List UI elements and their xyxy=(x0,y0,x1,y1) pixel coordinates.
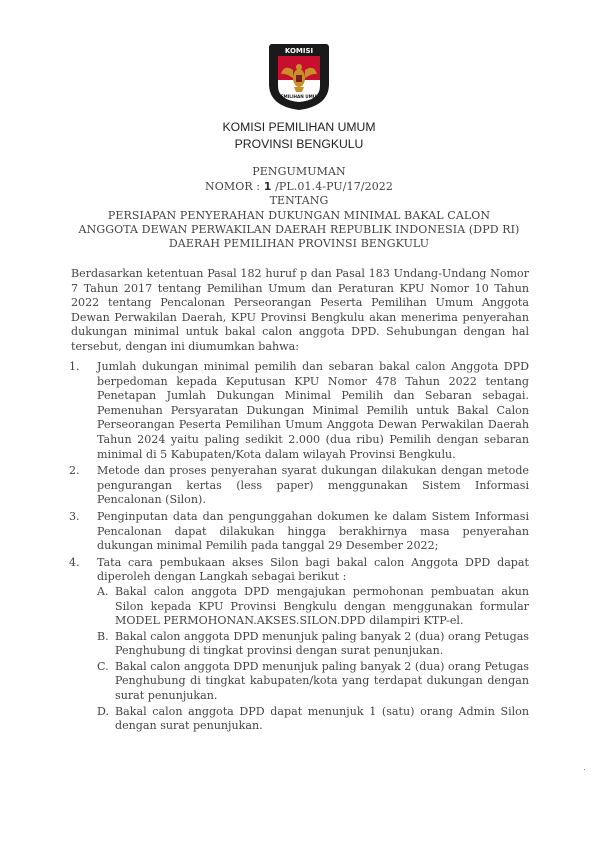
sub-item-text: Bakal calon anggota DPD menunjuk paling … xyxy=(115,660,529,702)
list-item-text: Jumlah dukungan minimal pemilih dan seba… xyxy=(97,360,529,461)
sub-list-item: B. Bakal calon anggota DPD menunjuk pali… xyxy=(97,630,529,659)
list-item: 1. Jumlah dukungan minimal pemilih dan s… xyxy=(71,360,529,462)
sub-item-letter: B. xyxy=(97,630,109,645)
sub-item-text: Bakal calon anggota DPD mengajukan permo… xyxy=(115,585,529,627)
list-item-number: 3. xyxy=(69,510,80,525)
list-item-text: Metode dan proses penyerahan syarat duku… xyxy=(97,464,529,506)
announcement-list: 1. Jumlah dukungan minimal pemilih dan s… xyxy=(71,360,529,736)
list-item: 4. Tata cara pembukaan akses Silon bagi … xyxy=(71,556,529,734)
logo-bottom-text: PEMILIHAN UMUM xyxy=(278,94,321,99)
doc-number: NOMOR : 1 /PL.01.4-PU/17/2022 xyxy=(0,180,598,193)
org-name: KOMISI PEMILIHAN UMUM xyxy=(0,120,598,134)
doc-type: PENGUMUMAN xyxy=(0,165,598,178)
list-item: 3. Penginputan data dan pengunggahan dok… xyxy=(71,510,529,554)
sub-item-letter: D. xyxy=(97,705,109,720)
sub-item-letter: C. xyxy=(97,660,109,675)
nomor-number: 1 xyxy=(264,180,272,193)
sub-list-item: A. Bakal calon anggota DPD mengajukan pe… xyxy=(97,585,529,629)
logo-top-text: KOMISI xyxy=(285,47,313,55)
org-province: PROVINSI BENGKULU xyxy=(0,137,598,151)
list-item-number: 4. xyxy=(69,556,80,571)
scan-speck xyxy=(584,769,585,770)
sub-item-letter: A. xyxy=(97,585,109,600)
nomor-prefix: NOMOR : xyxy=(205,180,260,193)
subject-line-3: DAERAH PEMILIHAN PROVINSI BENGKULU xyxy=(0,237,598,250)
nomor-suffix: /PL.01.4-PU/17/2022 xyxy=(275,180,393,193)
list-item: 2. Metode dan proses penyerahan syarat d… xyxy=(71,464,529,508)
subject-line-2: ANGGOTA DEWAN PERWAKILAN DAERAH REPUBLIK… xyxy=(0,223,598,236)
sub-item-text: Bakal calon anggota DPD menunjuk paling … xyxy=(115,630,529,658)
intro-paragraph: Berdasarkan ketentuan Pasal 182 huruf p … xyxy=(71,267,529,355)
subject-line-1: PERSIAPAN PENYERAHAN DUKUNGAN MINIMAL BA… xyxy=(0,209,598,222)
list-item-text: Tata cara pembukaan akses Silon bagi bak… xyxy=(97,556,529,584)
kpu-logo-icon: KOMISI PEMILIHAN UMUM xyxy=(266,40,332,112)
list-item-text: Penginputan data dan pengunggahan dokume… xyxy=(97,510,529,552)
list-item-number: 1. xyxy=(69,360,80,375)
sub-list-item: C. Bakal calon anggota DPD menunjuk pali… xyxy=(97,660,529,704)
list-item-number: 2. xyxy=(69,464,80,479)
tentang-label: TENTANG xyxy=(0,194,598,207)
sub-item-text: Bakal calon anggota DPD dapat menunjuk 1… xyxy=(115,705,529,733)
sub-list: A. Bakal calon anggota DPD mengajukan pe… xyxy=(97,585,529,734)
document-page: KOMISI PEMILIHAN UMUM KOMISI PEMILIHAN U… xyxy=(0,0,598,844)
sub-list-item: D. Bakal calon anggota DPD dapat menunju… xyxy=(97,705,529,734)
